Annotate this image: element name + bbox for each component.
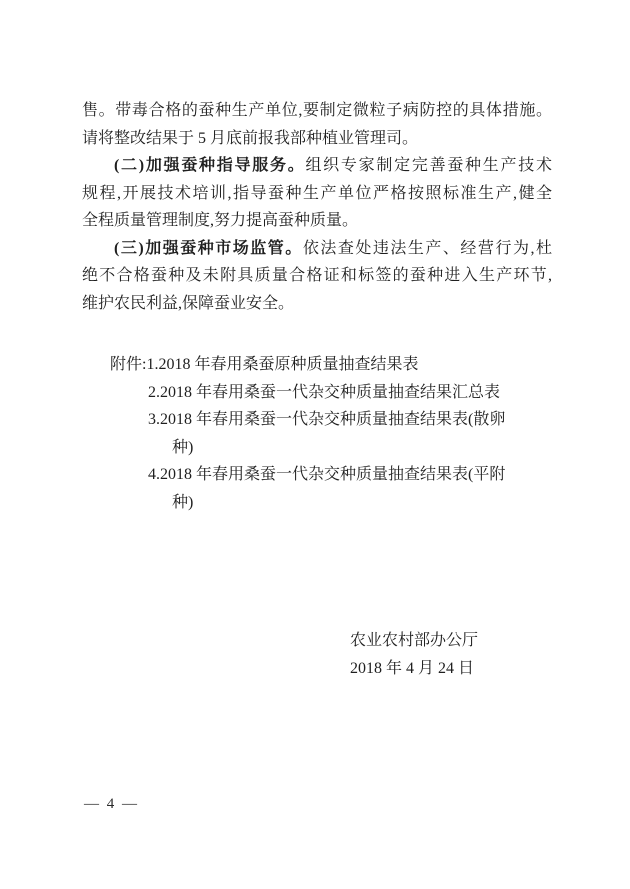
paragraph3-line2: 绝不合格蚕种及未附具质量合格证和标签的蚕种进入生产环节, [82,262,552,290]
paragraph2-line2: 规程,开展技术培训,指导蚕种生产单位严格按照标准生产,健全 [82,180,552,208]
attachments-item-1: 附件:1.2018 年春用桑蚕原种质量抽查结果表 [110,351,570,379]
paragraph3-line3: 维护农民利益,保障蚕业安全。 [82,290,552,318]
page-number: — 4 — [84,796,139,813]
signature-organization: 农业农村部办公厅 [350,627,478,655]
paragraph3-line1: (三)加强蚕种市场监管。依法查处违法生产、经营行为,杜 [82,235,552,263]
paragraph1-line2: 请将整改结果于 5 月底前报我部种植业管理司。 [82,125,552,153]
attachments-label: 附件: [110,356,146,373]
body-text: 售。带毒合格的蚕种生产单位,要制定微粒子病防控的具体措施。 请将整改结果于 5 … [82,97,552,317]
attachment-1-title: 1.2018 年春用桑蚕原种质量抽查结果表 [146,356,418,373]
paragraph2-line3: 全程质量管理制度,努力提高蚕种质量。 [82,207,552,235]
attachments-item-3-line1: 3.2018 年春用桑蚕一代杂交种质量抽查结果表(散卵 [148,406,570,434]
attachments-list: 附件:1.2018 年春用桑蚕原种质量抽查结果表 2.2018 年春用桑蚕一代杂… [110,351,570,516]
paragraph1-line1: 售。带毒合格的蚕种生产单位,要制定微粒子病防控的具体措施。 [82,97,552,125]
signature-date: 2018 年 4 月 24 日 [350,655,478,683]
section3-heading: (三)加强蚕种市场监管。 [114,240,303,257]
paragraph3-line1-rest: 依法查处违法生产、经营行为,杜 [303,240,552,257]
attachments-item-4-line2: 种) [172,489,570,517]
paragraph2-line1-rest: 组织专家制定完善蚕种生产技术 [305,157,552,174]
signature-block: 农业农村部办公厅 2018 年 4 月 24 日 [350,627,478,682]
attachments-item-4-line1: 4.2018 年春用桑蚕一代杂交种质量抽查结果表(平附 [148,461,570,489]
paragraph2-line1: (二)加强蚕种指导服务。组织专家制定完善蚕种生产技术 [82,152,552,180]
attachments-item-3-line2: 种) [172,434,570,462]
attachments-item-2: 2.2018 年春用桑蚕一代杂交种质量抽查结果汇总表 [148,379,570,407]
section2-heading: (二)加强蚕种指导服务。 [114,157,305,174]
document-page: 售。带毒合格的蚕种生产单位,要制定微粒子病防控的具体措施。 请将整改结果于 5 … [0,0,630,889]
